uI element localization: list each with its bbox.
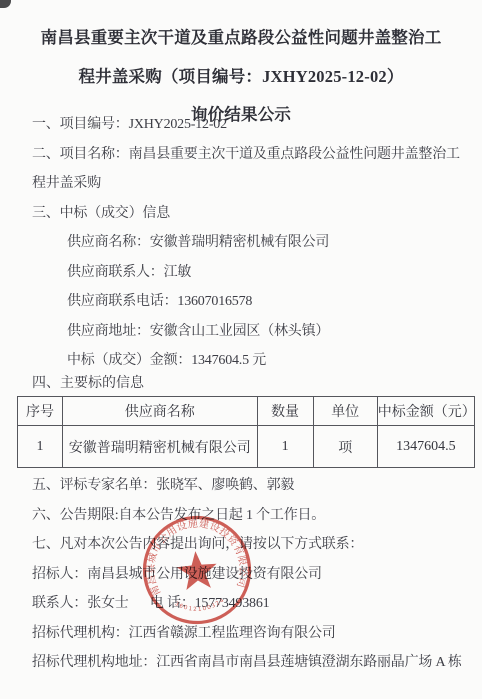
header-supplier: 供应商名称: [63, 397, 257, 426]
official-seal-stamp: 南昌县城市公用设施建设投资有限公司 36012100324: [134, 507, 260, 633]
header-unit: 单位: [313, 397, 377, 426]
title-line-2: 程井盖采购（项目编号：JXHY2025-12-02）: [0, 58, 482, 97]
table-header-row: 序号 供应商名称 数量 单位 中标金额（元）: [18, 397, 475, 426]
header-amount: 中标金额（元）: [377, 397, 474, 426]
cell-seq: 1: [18, 426, 63, 468]
project-name-line-2: 程井盖采购: [0, 169, 482, 199]
supplier-contact-line: 供应商联系人：江敏: [0, 258, 482, 288]
table-row: 1 安徽普瑞明精密机械有限公司 1 项 1347604.5: [18, 426, 475, 468]
cell-amount: 1347604.5: [377, 426, 474, 468]
supplier-name-line: 供应商名称：安徽普瑞明精密机械有限公司: [0, 228, 482, 258]
project-number-line: 一、项目编号：JXHY2025-12-02: [0, 110, 482, 140]
cell-supplier: 安徽普瑞明精密机械有限公司: [63, 426, 257, 468]
agency-address-line: 招标代理机构地址：江西省南昌市南昌县莲塘镇澄湖东路丽晶广场 A 栋: [0, 648, 482, 678]
cell-unit: 项: [313, 426, 377, 468]
award-amount-line: 中标（成交）金额：1347604.5 元: [0, 346, 482, 376]
supplier-phone-line: 供应商联系电话：13607016578: [0, 287, 482, 317]
contact-person: 联系人：张女士: [32, 596, 129, 611]
header-seq: 序号: [18, 397, 63, 426]
experts-line: 五、评标专家名单：张晓军、廖唤鹤、郭毅: [0, 471, 482, 501]
cell-qty: 1: [257, 426, 313, 468]
project-name-line-1: 二、项目名称：南昌县重要主次干道及重点路段公益性问题井盖整治工: [0, 140, 482, 170]
document-body-upper: 一、项目编号：JXHY2025-12-02 二、项目名称：南昌县重要主次干道及重…: [0, 110, 482, 376]
seal-star-icon: [175, 549, 218, 590]
scan-artifact-corner: [0, 0, 11, 8]
subject-info-table: 序号 供应商名称 数量 单位 中标金额（元） 1 安徽普瑞明精密机械有限公司 1…: [17, 396, 475, 468]
title-line-1: 南昌县重要主次干道及重点路段公益性问题井盖整治工: [0, 19, 482, 58]
award-info-heading: 三、中标（成交）信息: [0, 199, 482, 229]
seal-serial-number: 36012100324: [173, 597, 227, 615]
header-qty: 数量: [257, 397, 313, 426]
supplier-address-line: 供应商地址：安徽含山工业园区（林头镇）: [0, 317, 482, 347]
subject-info-heading: 四、主要标的信息: [32, 374, 144, 394]
document-page: 南昌县重要主次干道及重点路段公益性问题井盖整治工 程井盖采购（项目编号：JXHY…: [0, 0, 482, 699]
svg-text:36012100324: 36012100324: [173, 597, 227, 615]
